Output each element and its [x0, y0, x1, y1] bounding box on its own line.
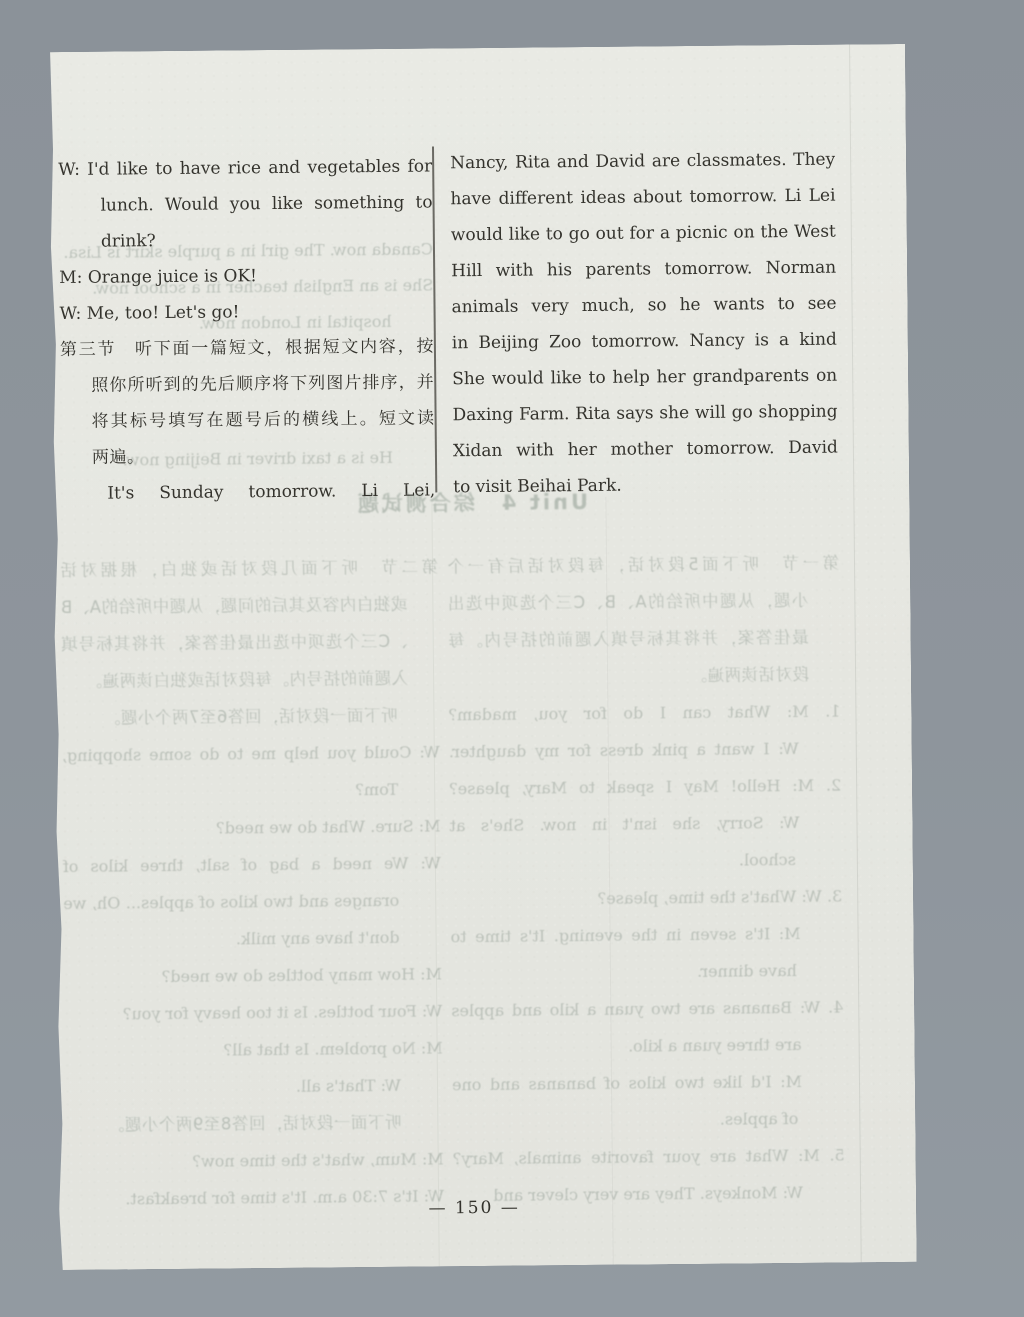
text-line: would like to go out for a picnic on the…: [451, 214, 836, 254]
text-line: to visit Beihai Park.: [453, 466, 838, 506]
text-line: 听下面一段对话，回答6至7两个小题。: [61, 696, 439, 737]
text-line: of apples.: [452, 1100, 844, 1141]
text-line: M: Orange juice is OK!: [59, 256, 433, 296]
text-line: 第一节 听下面5段对话，每段对话后有一个: [447, 545, 839, 586]
text-line: W: I want a pink dress for my daughter.: [449, 730, 841, 771]
text-line: 听下面一段对话，回答8至9两个小题。: [65, 1103, 443, 1144]
text-line: W: Me, too! Let's go!: [59, 292, 433, 332]
bleedthrough-left-column: 第二节 听下面几段对话或独白，根据对话或独白内容及其后的问题，从题中所给的A、B…: [60, 548, 444, 1218]
text-line: 将其标号填写在题号后的横线上。短文读: [60, 400, 434, 440]
text-line: drink?: [59, 220, 433, 260]
text-line: 小题，从题中所给的A、B、C三个选项中选出: [447, 582, 839, 623]
text-line: W: I'd like to have rice and vegetables …: [58, 148, 432, 188]
text-line: M: No problem. Is that all?: [64, 1029, 442, 1070]
text-line: have dinner.: [451, 952, 843, 993]
left-column: W: I'd like to have rice and vegetables …: [58, 148, 435, 512]
text-line: Nancy, Rita and David are classmates. Th…: [450, 142, 835, 182]
text-line: animals very much, so he wants to see an…: [451, 286, 836, 326]
text-line: don't have any milk.: [63, 918, 441, 959]
text-line: 最佳答案，并将其标号填入题前的括号内。每: [448, 619, 840, 660]
scanned-page: Canada now. The girl in a purple skirt i…: [47, 44, 917, 1270]
text-line: 4. W: Bananas are two yuan a kilo and ap…: [451, 989, 843, 1030]
text-line: 段对话读两遍。: [448, 656, 840, 697]
text-line: 第三节 听下面一篇短文，根据短文内容，按: [60, 328, 434, 368]
text-line: Hill with his parents tomorrow. Norman l…: [451, 250, 836, 290]
text-line: 第二节 听下面几段对话或独白，根据对话: [60, 548, 438, 589]
text-line: school.: [450, 841, 842, 882]
text-line: W: We need a bag of salt, three kilos of: [63, 844, 441, 885]
text-line: have different ideas about tomorrow. Li …: [450, 178, 835, 218]
text-line: M: It's seven in the evening. It's time …: [450, 915, 842, 956]
text-line: It's Sunday tomorrow. Li Lei, Norman,: [61, 472, 435, 512]
text-line: Tom?: [62, 770, 440, 811]
crease-line: [849, 44, 862, 1262]
text-line: W: That's all.: [65, 1066, 443, 1107]
text-line: are three yuan a kilo.: [451, 1026, 843, 1067]
text-line: 两遍。: [61, 436, 435, 476]
text-line: in Beijing Zoo tomorrow. Nancy is a kind…: [452, 322, 837, 362]
text-line: Daxing Farm. Rita says she will go shopp…: [452, 394, 837, 434]
text-line: W: Four bottles. Is it too heavy for you…: [64, 992, 442, 1033]
text-line: lunch. Would you like something to: [58, 184, 432, 224]
bleedthrough-right-column: 第一节 听下面5段对话，每段对话后有一个小题，从题中所给的A、B、C三个选项中选…: [447, 545, 845, 1215]
text-line: 、C三个选项中选出最佳答案，并将其标号填: [61, 622, 439, 663]
text-line: M: How many bottles do we need?: [64, 955, 442, 996]
text-line: 或独白内容及其后的问题，从题中所给的A、B: [60, 585, 438, 626]
text-line: M: I'd like two kilos of bananas and one…: [452, 1063, 844, 1104]
text-line: oranges and two kilos of apples... Oh, w…: [63, 881, 441, 922]
text-line: M: Mum, what's the time now?: [66, 1140, 444, 1181]
text-line: W: Could you help me to do some shopping…: [62, 733, 440, 774]
text-line: 照你所听到的先后顺序将下列图片排序，并: [60, 364, 434, 404]
text-line: 2. M: Hello! May I speak to Mary, please…: [449, 767, 841, 808]
right-column: Nancy, Rita and David are classmates. Th…: [450, 142, 838, 506]
text-line: 3. W: What's the time, please?: [450, 878, 842, 919]
text-line: Xidan with her mother tomorrow. David wa…: [453, 430, 838, 470]
screenshot-root: { "page": { "background_color": "#8e959c…: [0, 0, 1024, 1317]
text-line: W: Sorry, she isn't in now. She's at: [449, 804, 841, 845]
text-line: 5. M: What are your favorite animals, Ma…: [453, 1137, 845, 1178]
text-line: M: Sure. What do we need?: [62, 807, 440, 848]
text-line: 入题前的括号内。每段对话或独白读两遍。: [61, 659, 439, 700]
text-line: 1. M: What can I do for you, madam?: [448, 693, 840, 734]
text-line: She would like to help her grandparents …: [452, 358, 837, 398]
